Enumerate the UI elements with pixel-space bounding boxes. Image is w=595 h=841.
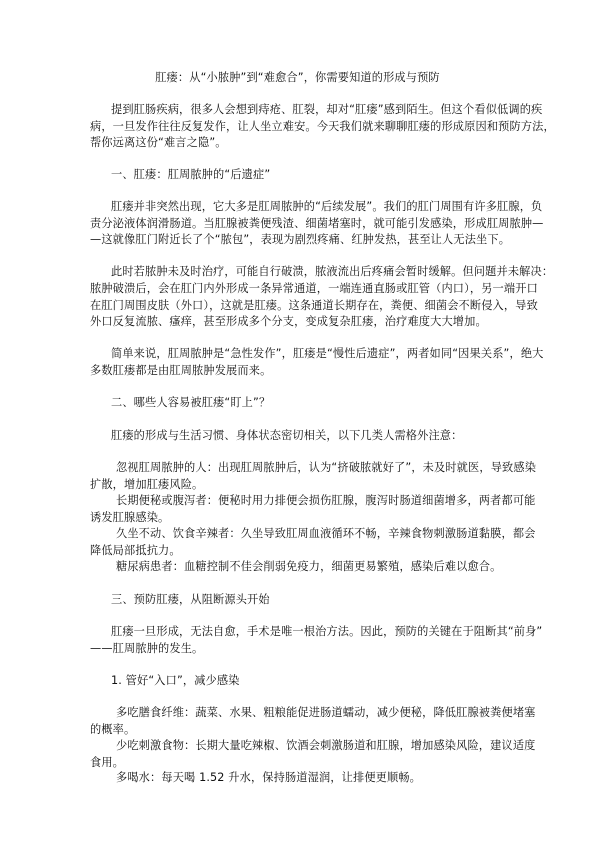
text-line: 提到肛肠疾病，很多人会想到痔疮、肛裂，却对“肛瘘”感到陌生。但这个看似低调的疾 xyxy=(111,102,542,118)
text-line: 忽视肛周脓肿的人：出现肛周脓肿后，认为“挤破脓就好了”，未及时就医，导致感染 xyxy=(116,460,536,476)
document-title: 肛瘘：从“小脓肿”到“难愈合”，你需要知道的形成与预防 xyxy=(0,70,595,86)
text-line: 此时若脓肿未及时治疗，可能自行破溃，脓液流出后疼痛会暂时缓解。但问题并未解决： xyxy=(111,264,553,280)
text-line: 肛瘘一旦形成，无法自愈，手术是唯一根治方法。因此，预防的关键在于阻断其“前身” xyxy=(111,624,542,640)
text-line: 责分泌液体润滑肠道。当肛腺被粪便残渣、细菌堵塞时，就可能引发感染，形成肛周脓肿— xyxy=(90,216,544,232)
section-heading-3: 三、预防肛瘘，从阻断源头开始 xyxy=(111,592,270,608)
text-line: ——肛周脓肿的发生。 xyxy=(90,641,203,657)
text-line: 降低局部抵抗力。 xyxy=(90,543,181,559)
section-heading-1: 一、肛瘘：肛周脓肿的“后遗症” xyxy=(111,167,270,183)
text-line: 扩散，增加肛瘘风险。 xyxy=(90,477,203,493)
section-heading-2: 二、哪些人容易被肛瘘“盯上”？ xyxy=(111,395,270,411)
text-line: 外口反复流脓、瘙痒，甚至形成多个分支，变成复杂肛瘘，治疗难度大大增加。 xyxy=(90,314,487,330)
text-line: —这就像肛门附近长了个“脓包”，表现为剧烈疼痛、红肿发热，甚至让人无法坐下。 xyxy=(90,232,510,248)
text-line: 肛瘘并非突然出现，它大多是肛周脓肿的“后续发展”。我们的肛门周围有许多肛腺，负 xyxy=(111,199,542,215)
text-line: 脓肿破溃后，会在肛门内外形成一条异常通道，一端连通直肠或肛管（内口），另一端开口 xyxy=(90,281,538,297)
text-line: 少吃刺激食物：长期大量吃辣椒、饮酒会刺激肠道和肛腺，增加感染风险，建议适度 xyxy=(116,738,536,754)
text-line: 糖尿病患者：血糖控制不佳会削弱免疫力，细菌更易繁殖，感染后难以愈合。 xyxy=(116,559,501,575)
text-line: 多喝水：每天喝 1.52 升水，保持肠道湿润，让排便更顺畅。 xyxy=(116,770,421,786)
text-line: 食用。 xyxy=(90,755,124,771)
text-line: 在肛门周围皮肤（外口），这就是肛瘘。这条通道长期存在，粪便、细菌会不断侵入，导致 xyxy=(90,298,538,314)
text-line: 简单来说，肛周脓肿是“急性发作”，肛瘘是“慢性后遗症”，两者如同“因果关系”，绝… xyxy=(111,346,544,362)
text-line: 帮你远离这份“难言之隐”。 xyxy=(90,135,227,151)
document-page: 肛瘘：从“小脓肿”到“难愈合”，你需要知道的形成与预防 提到肛肠疾病，很多人会想… xyxy=(0,0,595,841)
text-line: 病，一旦发作往往反复发作，让人坐立难安。今天我们就来聊聊肛瘘的形成原因和预防方法… xyxy=(90,119,555,135)
text-line: 诱发肛腺感染。 xyxy=(90,510,169,526)
subsection-heading-1: 1. 管好“入口”，减少感染 xyxy=(111,673,240,689)
text-line: 久坐不动、饮食辛辣者：久坐导致肛周血液循环不畅，辛辣食物刺激肠道黏膜，都会 xyxy=(116,526,536,542)
section2-intro: 肛瘘的形成与生活习惯、身体状态密切相关，以下几类人需格外注意： xyxy=(111,428,462,444)
text-line: 多吃膳食纤维：蔬菜、水果、粗粮能促进肠道蠕动，减少便秘，降低肛腺被粪便堵塞 xyxy=(116,705,536,721)
text-line: 多数肛瘘都是由肛周脓肿发展而来。 xyxy=(90,363,271,379)
text-line: 的概率。 xyxy=(90,722,135,738)
text-line: 长期便秘或腹泻者：便秘时用力排便会损伤肛腺，腹泻时肠道细菌增多，两者都可能 xyxy=(116,493,536,509)
